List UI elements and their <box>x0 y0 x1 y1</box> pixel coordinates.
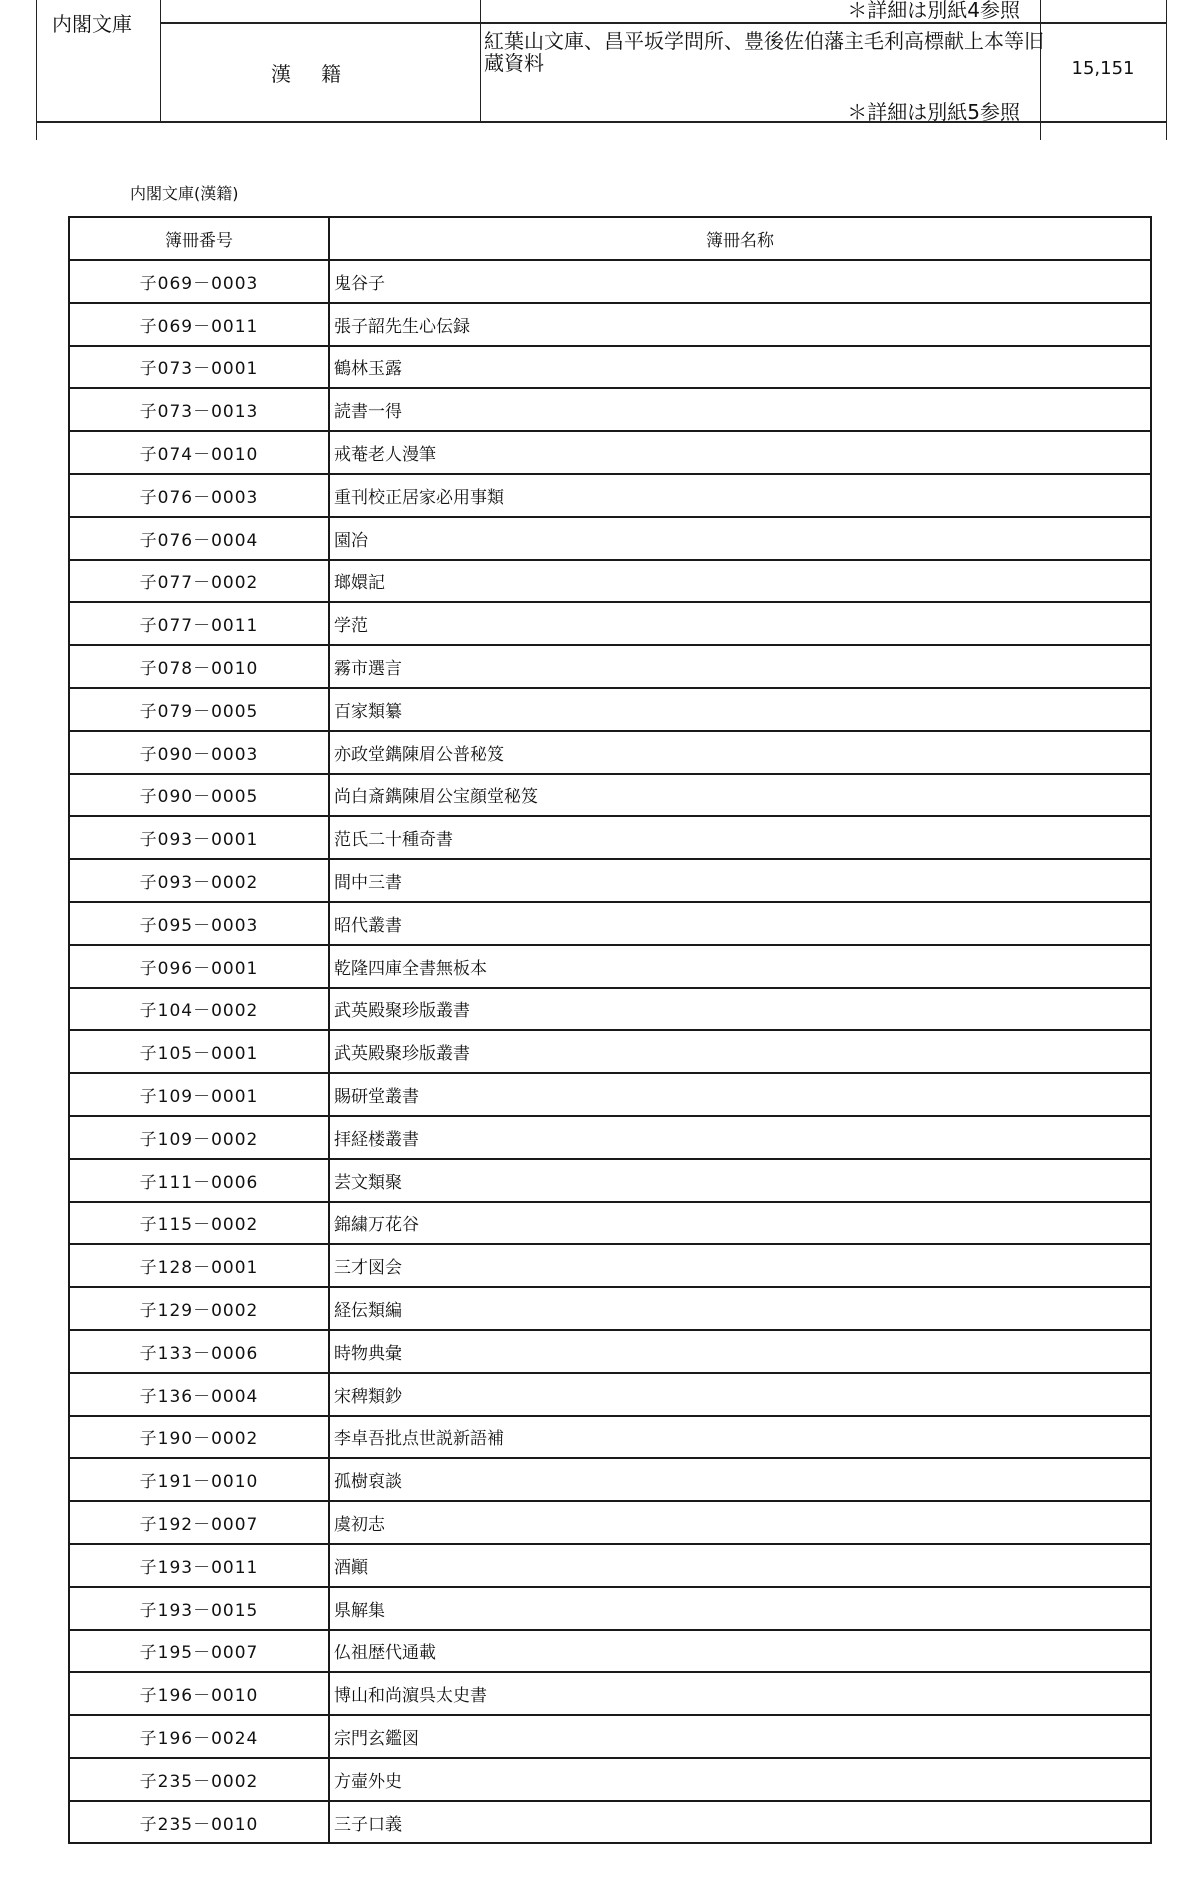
volume-number: 子076－0003 <box>69 474 329 517</box>
volume-number: 子093－0001 <box>69 816 329 859</box>
table-row: 子195－0007仏祖歴代通載 <box>69 1630 1151 1673</box>
volume-name: 宗門玄鑑図 <box>329 1715 1151 1758</box>
volume-name: 園冶 <box>329 517 1151 560</box>
volume-number: 子095－0003 <box>69 902 329 945</box>
volume-name: 鬼谷子 <box>329 260 1151 303</box>
volume-number: 子191－0010 <box>69 1458 329 1501</box>
volume-name: 錦繍万花谷 <box>329 1202 1151 1245</box>
row-note: ＊詳細は別紙5参照 <box>480 96 1020 125</box>
volume-name: 瑯嬛記 <box>329 560 1151 603</box>
column-header-volume-number: 簿冊番号 <box>69 217 329 260</box>
table-row: 子105－0001武英殿聚珍版叢書 <box>69 1030 1151 1073</box>
volume-number: 子195－0007 <box>69 1630 329 1673</box>
volume-number: 子074－0010 <box>69 431 329 474</box>
volume-number: 子073－0013 <box>69 388 329 431</box>
list-title: 内閣文庫(漢籍) <box>130 181 239 204</box>
volume-name: 昭代叢書 <box>329 902 1151 945</box>
table-row: 子093－0002間中三書 <box>69 859 1151 902</box>
volume-name: 宋稗類鈔 <box>329 1373 1151 1416</box>
volume-number: 子069－0011 <box>69 303 329 346</box>
volume-name: 芸文類聚 <box>329 1159 1151 1202</box>
volume-number: 子079－0005 <box>69 688 329 731</box>
volume-name: 武英殿聚珍版叢書 <box>329 988 1151 1031</box>
table-row: 子111－0006芸文類聚 <box>69 1159 1151 1202</box>
volume-name: 武英殿聚珍版叢書 <box>329 1030 1151 1073</box>
volume-number: 子235－0002 <box>69 1758 329 1801</box>
table-row: 子090－0005尚白斎鐫陳眉公宝顔堂秘笈 <box>69 774 1151 817</box>
volume-name: 張子韶先生心伝録 <box>329 303 1151 346</box>
table-row: 子069－0011張子韶先生心伝録 <box>69 303 1151 346</box>
table-row: 子073－0001鶴林玉露 <box>69 346 1151 389</box>
category-description: 紅葉山文庫、昌平坂学問所、豊後佐伯藩主毛利高標献上本等旧蔵資料 <box>484 30 1044 74</box>
volume-list-table: 簿冊番号 簿冊名称 子069－0003鬼谷子子069－0011張子韶先生心伝録子… <box>68 216 1152 1844</box>
volume-number: 子190－0002 <box>69 1416 329 1459</box>
table-row: 子077－0002瑯嬛記 <box>69 560 1151 603</box>
volume-number: 子136－0004 <box>69 1373 329 1416</box>
volume-name: 仏祖歴代通載 <box>329 1630 1151 1673</box>
volume-name: 鶴林玉露 <box>329 346 1151 389</box>
volume-name: 尚白斎鐫陳眉公宝顔堂秘笈 <box>329 774 1151 817</box>
volume-name: 賜研堂叢書 <box>329 1073 1151 1116</box>
volume-number: 子090－0005 <box>69 774 329 817</box>
item-count: 15,151 <box>1040 58 1166 79</box>
volume-name: 時物典彙 <box>329 1330 1151 1373</box>
table-row: 子090－0003亦政堂鐫陳眉公普秘笈 <box>69 731 1151 774</box>
volume-number: 子076－0004 <box>69 517 329 560</box>
volume-number: 子090－0003 <box>69 731 329 774</box>
volume-name: 三才図会 <box>329 1244 1151 1287</box>
volume-name: 間中三書 <box>329 859 1151 902</box>
table-row: 子193－0011酒顚 <box>69 1544 1151 1587</box>
volume-number: 子129－0002 <box>69 1287 329 1330</box>
volume-name: 経伝類編 <box>329 1287 1151 1330</box>
organization-label: 内閣文庫 <box>52 8 132 37</box>
volume-name: 拝経楼叢書 <box>329 1116 1151 1159</box>
table-border-right <box>1166 0 1167 140</box>
volume-name: 読書一得 <box>329 388 1151 431</box>
volume-number: 子111－0006 <box>69 1159 329 1202</box>
table-row: 子235－0002方壷外史 <box>69 1758 1151 1801</box>
volume-name: 酒顚 <box>329 1544 1151 1587</box>
table-row: 子136－0004宋稗類鈔 <box>69 1373 1151 1416</box>
volume-number: 子077－0002 <box>69 560 329 603</box>
table-row: 子096－0001乾隆四庫全書無板本 <box>69 945 1151 988</box>
volume-number: 子115－0002 <box>69 1202 329 1245</box>
previous-row-note: ＊詳細は別紙4参照 <box>480 0 1020 23</box>
volume-name: 虞初志 <box>329 1501 1151 1544</box>
volume-number: 子077－0011 <box>69 602 329 645</box>
table-row: 子109－0001賜研堂叢書 <box>69 1073 1151 1116</box>
volume-number: 子105－0001 <box>69 1030 329 1073</box>
table-border-left <box>36 0 37 140</box>
volume-number: 子096－0001 <box>69 945 329 988</box>
volume-name: 李卓吾批点世説新語補 <box>329 1416 1151 1459</box>
volume-name: 三子口義 <box>329 1801 1151 1844</box>
volume-name: 霧市選言 <box>329 645 1151 688</box>
volume-number: 子196－0010 <box>69 1672 329 1715</box>
volume-name: 戒菴老人漫筆 <box>329 431 1151 474</box>
table-divider <box>160 0 161 122</box>
volume-number: 子109－0002 <box>69 1116 329 1159</box>
volume-number: 子069－0003 <box>69 260 329 303</box>
table-row: 子069－0003鬼谷子 <box>69 260 1151 303</box>
table-row: 子191－0010孤樹裒談 <box>69 1458 1151 1501</box>
volume-name: 百家類纂 <box>329 688 1151 731</box>
table-row: 子078－0010霧市選言 <box>69 645 1151 688</box>
volume-number: 子192－0007 <box>69 1501 329 1544</box>
table-row: 子192－0007虞初志 <box>69 1501 1151 1544</box>
table-row: 子133－0006時物典彙 <box>69 1330 1151 1373</box>
table-row: 子190－0002李卓吾批点世説新語補 <box>69 1416 1151 1459</box>
table-row: 子193－0015県解集 <box>69 1587 1151 1630</box>
volume-name: 孤樹裒談 <box>329 1458 1151 1501</box>
table-row: 子077－0011学范 <box>69 602 1151 645</box>
table-row: 子115－0002錦繍万花谷 <box>69 1202 1151 1245</box>
table-row: 子196－0010博山和尚濵呉太史書 <box>69 1672 1151 1715</box>
column-header-volume-name: 簿冊名称 <box>329 217 1151 260</box>
volume-name: 乾隆四庫全書無板本 <box>329 945 1151 988</box>
table-header-row: 簿冊番号 簿冊名称 <box>69 217 1151 260</box>
volume-number: 子128－0001 <box>69 1244 329 1287</box>
volume-number: 子073－0001 <box>69 346 329 389</box>
volume-number: 子193－0015 <box>69 1587 329 1630</box>
table-row: 子196－0024宗門玄鑑図 <box>69 1715 1151 1758</box>
volume-name: 重刊校正居家必用事類 <box>329 474 1151 517</box>
volume-number: 子196－0024 <box>69 1715 329 1758</box>
volume-name: 県解集 <box>329 1587 1151 1630</box>
volume-name: 博山和尚濵呉太史書 <box>329 1672 1151 1715</box>
table-row: 子235－0010三子口義 <box>69 1801 1151 1844</box>
volume-number: 子235－0010 <box>69 1801 329 1844</box>
summary-table: 内閣文庫 ＊詳細は別紙4参照 漢籍 紅葉山文庫、昌平坂学問所、豊後佐伯藩主毛利高… <box>0 0 1200 140</box>
table-row: 子076－0003重刊校正居家必用事類 <box>69 474 1151 517</box>
volume-number: 子193－0011 <box>69 1544 329 1587</box>
table-row: 子074－0010戒菴老人漫筆 <box>69 431 1151 474</box>
table-row: 子079－0005百家類纂 <box>69 688 1151 731</box>
volume-number: 子133－0006 <box>69 1330 329 1373</box>
category-label: 漢籍 <box>271 58 371 87</box>
volume-name: 学范 <box>329 602 1151 645</box>
volume-number: 子093－0002 <box>69 859 329 902</box>
volume-name: 方壷外史 <box>329 1758 1151 1801</box>
volume-name: 亦政堂鐫陳眉公普秘笈 <box>329 731 1151 774</box>
volume-number: 子104－0002 <box>69 988 329 1031</box>
table-row: 子076－0004園冶 <box>69 517 1151 560</box>
table-row: 子104－0002武英殿聚珍版叢書 <box>69 988 1151 1031</box>
table-row: 子073－0013読書一得 <box>69 388 1151 431</box>
table-row: 子128－0001三才図会 <box>69 1244 1151 1287</box>
table-row: 子095－0003昭代叢書 <box>69 902 1151 945</box>
table-row: 子129－0002経伝類編 <box>69 1287 1151 1330</box>
table-row: 子109－0002拝経楼叢書 <box>69 1116 1151 1159</box>
table-row: 子093－0001范氏二十種奇書 <box>69 816 1151 859</box>
volume-number: 子078－0010 <box>69 645 329 688</box>
volume-number: 子109－0001 <box>69 1073 329 1116</box>
volume-name: 范氏二十種奇書 <box>329 816 1151 859</box>
